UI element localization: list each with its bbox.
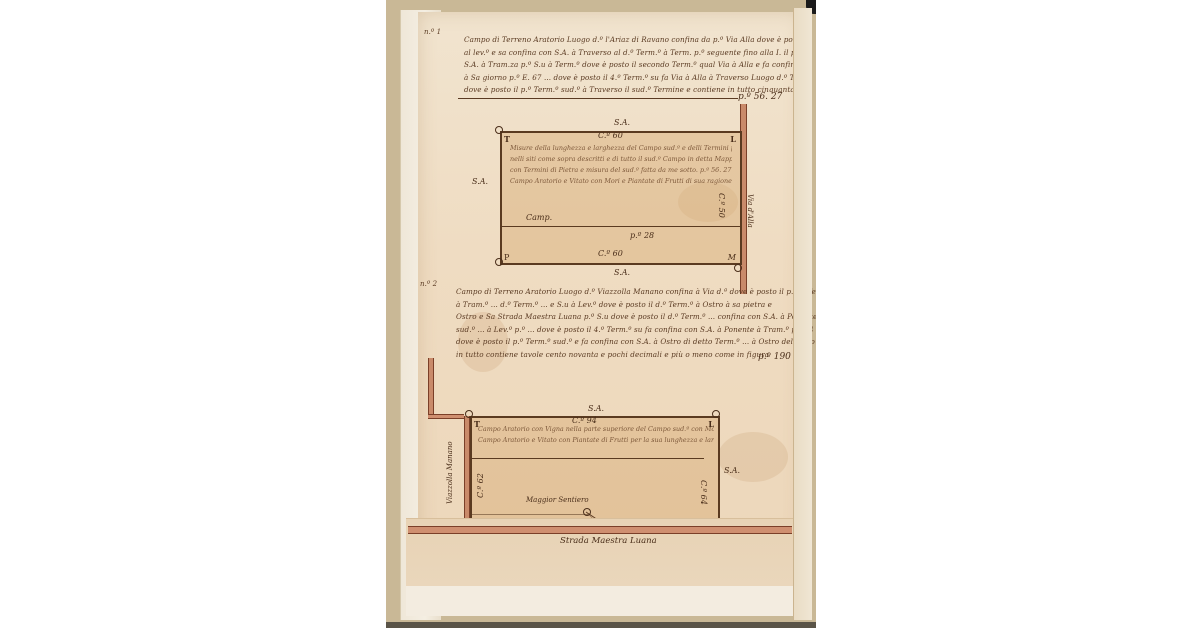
section-2-line: Ostro e Sa Strada Maestra Luana p.º S.u … [456,311,816,324]
plan-2-measure-left: C.º 62 [476,473,485,498]
plan-2-path-label: Maggior Sentiero [526,496,589,504]
section-2-marker: n.º 2 [420,278,437,291]
plan-2-road-left-label: Viazzolla Manano [446,441,454,504]
plan-2-division-line [472,458,704,459]
plan-1-description: Misure della lunghezza e larghezza del C… [510,143,732,187]
section-2-line: dove è posto il p.º Term.º sud.º e fa co… [456,336,816,349]
plan-1-measure-right: C.º 50 [717,193,726,218]
section-1-line: al lev.º e sa confina con S.A. à Travers… [464,47,804,60]
section-1-line: S.A. à Tram.za p.º S.u à Term.º dove è p… [464,59,804,72]
plan-2-neighbor-top: S.A. [588,404,604,413]
plan-2-boundary-stone [712,410,720,418]
section-2-line: Campo di Terreno Aratorio Luogo d.º Viaz… [456,286,816,299]
plan-1-area-label: p.º 28 [630,231,654,240]
plan-1-measure-bottom: C.º 60 [598,249,623,258]
plan-1-text-line: Misure della lunghezza e larghezza del C… [510,143,732,154]
plan-2-road-bottom-label: Strada Maestra Luana [560,536,657,546]
plan-2-description: Campo Aratorio con Vigna nella parte sup… [478,424,714,446]
section-2-paragraph: Campo di Terreno Aratorio Luogo d.º Viaz… [456,286,816,361]
plan-2-measure-right: C.º 64 [699,480,708,505]
section-2-line: à Tram.º ... d.º Term.º ... e S.u à Lev.… [456,299,816,312]
plan-1-corner-p: P [504,253,509,262]
plan-2-text-line: Campo Aratorio con Vigna nella parte sup… [478,424,714,435]
plan-2-corner-l: L [708,419,714,429]
plan-1-neighbor-bottom: S.A. [614,268,630,277]
page-bottom-margin [406,586,800,616]
plan-2-road-corner-horizontal [428,414,464,419]
plan-1-corner-t: T [504,134,510,144]
plan-1-measure-top: C.º 60 [598,131,623,140]
right-edge-strip [793,8,812,620]
plan-2-corner-t: T [474,419,480,429]
plan-1-boundary-stone [495,258,503,266]
plan-1-text-line: nelli siti come sopra descritti e di tut… [510,154,732,165]
plan-2-text-line: Campo Aratorio e Vitato con Piantate di … [478,435,714,446]
plan-1-division-line [502,226,740,227]
scan-bottom-shadow [386,622,816,628]
plan-2-measure-top: C.º 94 [572,416,597,425]
plan-1-neighbor-top: S.A. [614,118,630,127]
plan-2-road-strada-maestra [408,526,792,534]
plan-1-boundary-stone [495,126,503,134]
section-1-line: Campo di Terreno Aratorio Luogo d.º l'Ar… [464,34,804,47]
plan-2-boundary-stone [465,410,473,418]
section-2-total: p.º 190 [758,352,791,362]
plan-2-road-corner-vertical [428,358,434,416]
plan-2-neighbor-right: S.A. [724,466,740,475]
plan-1-text-line: Campo Aratorio e Vitato con Mori e Piant… [510,176,732,187]
manuscript-scan: 2 n.º 1 Campo di Terreno Aratorio Luogo … [386,0,816,628]
plan-1-neighbor-left: S.A. [472,177,488,186]
plan-1-road-label: Via d'Alla [746,194,754,228]
section-1-total: p.º 56. 27 [738,92,782,102]
section-2-line: sud.º ... à Lev.º p.º ... dove è posto i… [456,324,816,337]
plan-1-boundary-stone [734,264,742,272]
section-1-marker: n.º 1 [424,26,441,39]
plan-1-corner-m: M [728,253,736,262]
plan-2-boundary-stone [583,508,591,516]
plan-1-corner-l: L [730,134,736,144]
section-1-paragraph: Campo di Terreno Aratorio Luogo d.º l'Ar… [464,34,804,97]
plan-2-path-line [472,514,588,515]
section-1-rule [458,98,738,99]
section-1-line: à Sa giorno p.º E. 67 ... dove è posto i… [464,72,804,85]
plan-1-camp-label: Camp. [526,213,552,222]
plan-1-text-line: con Termini di Pietra e misura del sud.º… [510,165,732,176]
plan-1-plot: Misure della lunghezza e larghezza del C… [500,131,742,265]
